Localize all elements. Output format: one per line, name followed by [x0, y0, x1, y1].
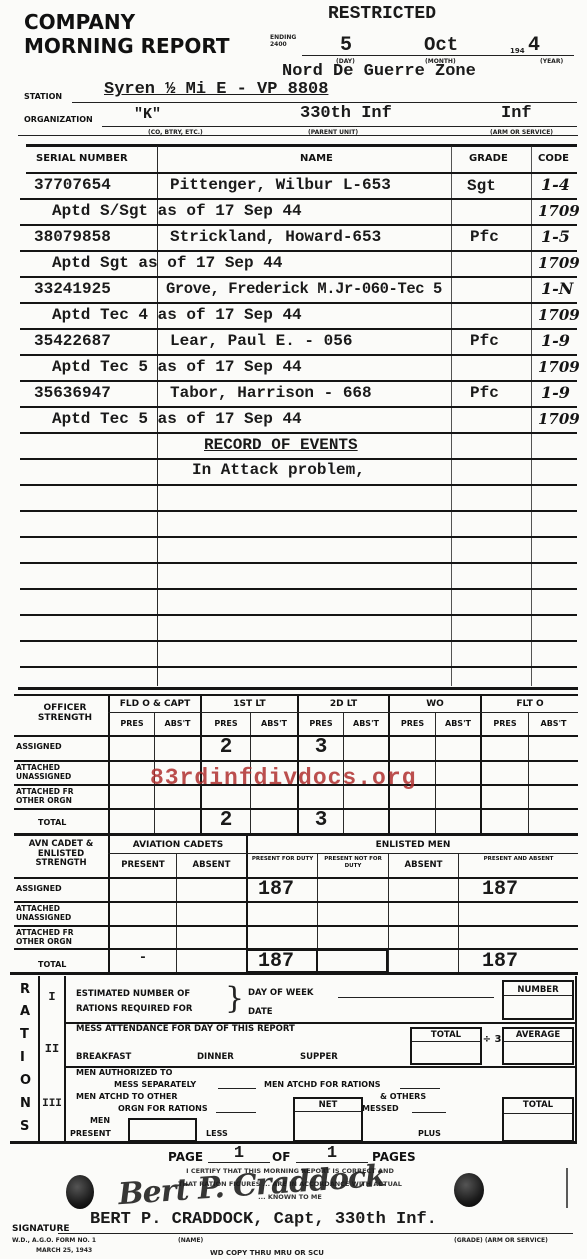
rations-letter: N: [20, 1096, 31, 1111]
rations-letter: A: [20, 1004, 30, 1019]
enlisted-total-present-for-duty: 187: [258, 950, 294, 973]
others-messed-line2: MESSED: [362, 1104, 399, 1113]
men-authorized-line2: MESS SEPARATELY: [114, 1080, 196, 1089]
supper-label: SUPPER: [300, 1052, 338, 1062]
punch-hole-left-icon: [66, 1175, 94, 1209]
row-label-assigned: ASSIGNED: [16, 884, 62, 893]
row-label-attached-fr-other-orgn: ATTACHED FR OTHER ORGN: [16, 928, 96, 946]
less-label: LESS: [206, 1129, 228, 1138]
remark-code: 1709: [538, 254, 580, 272]
serial-number: 35636947: [34, 384, 111, 402]
record-of-events-title: RECORD OF EVENTS: [204, 436, 358, 454]
duty-code: 1-9: [541, 331, 570, 350]
form-number: W.D., A.G.O. FORM NO. 1: [12, 1237, 96, 1244]
col-name: NAME: [300, 153, 333, 164]
subcol-abst: ABS'T: [251, 719, 297, 728]
organization-label: ORGANIZATION: [24, 115, 93, 124]
col-enlisted-absent: ABSENT: [389, 860, 458, 870]
officer-assigned-1st-lt-pres: 2: [202, 736, 250, 759]
day-of-week-label: DAY OF WEEK: [248, 988, 314, 998]
form-title-line2: MORNING REPORT: [24, 34, 229, 58]
remark-code: 1709: [538, 202, 580, 220]
divide-by-three: ÷ 3: [482, 1034, 502, 1045]
soldier-name: Tabor, Harrison - 668: [170, 384, 372, 402]
others-messed-line1: & OTHERS: [380, 1092, 426, 1101]
rations-letter: O: [20, 1073, 31, 1088]
section-i-number: I: [40, 990, 64, 1004]
grade-caption: (GRADE) (ARM OR SERVICE): [454, 1237, 548, 1244]
serial-number: 33241925: [34, 280, 111, 298]
record-of-events-text: In Attack problem,: [192, 461, 365, 479]
date-label: DATE: [248, 1007, 273, 1017]
copy-note: WD COPY THRU MRU OR SCU: [210, 1249, 324, 1257]
col-cadets-absent: ABSENT: [177, 860, 246, 870]
enlisted-strength-title: AVN CADET & ENLISTED STRENGTH: [14, 840, 108, 869]
officer-group-fld-o-capt: FLD O & CAPT: [110, 699, 200, 709]
subcol-abst: ABS'T: [529, 719, 578, 728]
col-cadets-present: PRESENT: [110, 860, 176, 870]
org-arm: Inf: [501, 104, 532, 123]
subcol-pres: PRES: [110, 719, 154, 728]
officer-group-wo: WO: [390, 699, 480, 709]
men-present-line2: PRESENT: [70, 1129, 111, 1138]
subcol-pres: PRES: [299, 719, 343, 728]
enlisted-assigned-present-and-absent: 187: [482, 878, 518, 901]
subcol-pres: PRES: [482, 719, 528, 728]
serial-number: 38079858: [34, 228, 111, 246]
report-day: 5: [340, 34, 352, 57]
rations-letter: S: [20, 1119, 29, 1134]
subcol-pres: PRES: [390, 719, 435, 728]
brace-icon: }: [225, 984, 244, 1014]
year-prefix: 194: [510, 47, 525, 55]
subcol-abst: ABS'T: [436, 719, 480, 728]
enlisted-men-label: ENLISTED MEN: [248, 840, 578, 850]
name-caption: (NAME): [178, 1237, 203, 1244]
aviation-cadets-label: AVIATION CADETS: [110, 840, 246, 850]
men-atchd-other-line1: MEN ATCHD TO OTHER: [76, 1092, 178, 1101]
soldier-grade: Pfc: [470, 332, 499, 350]
col-present-not-for-duty: PRESENT NOT FOR DUTY: [318, 856, 388, 870]
officer-group-1st-lt: 1ST LT: [202, 699, 297, 709]
officer-assigned-2d-lt-pres: 3: [299, 736, 343, 759]
duty-code: 1-9: [541, 383, 570, 402]
remark: Aptd Sgt as of 17 Sep 44: [52, 254, 282, 272]
total-iii-label: TOTAL: [502, 1100, 574, 1110]
total-label: TOTAL: [410, 1030, 482, 1040]
soldier-grade: Pfc: [470, 384, 499, 402]
estimated-rations-label-line1: ESTIMATED NUMBER OF: [76, 989, 190, 999]
remark: Aptd Tec 4 as of 17 Sep 44: [52, 306, 302, 324]
officer-total-1st-lt-pres: 2: [202, 809, 250, 832]
men-present-box[interactable]: [128, 1118, 197, 1142]
section-ii-number: II: [40, 1042, 64, 1056]
col-grade: GRADE: [469, 153, 508, 164]
subcol-abst: ABS'T: [155, 719, 200, 728]
men-atchd-for-rations-label: MEN ATCHD FOR RATIONS: [264, 1080, 381, 1089]
row-label-attached-fr-other-orgn: ATTACHED FR OTHER ORGN: [16, 787, 96, 805]
average-label: AVERAGE: [502, 1030, 574, 1040]
soldier-grade: Pfc: [470, 228, 499, 246]
row-label-assigned: ASSIGNED: [16, 742, 62, 751]
watermark: 83rdinfdivdocs.org: [150, 765, 416, 791]
col-code: CODE: [538, 153, 569, 164]
row-label-total: TOTAL: [38, 818, 66, 827]
ending-label: ENDING 2400: [270, 34, 298, 48]
form-date: MARCH 25, 1943: [36, 1247, 92, 1254]
officer-strength-title: OFFICER STRENGTH: [20, 703, 110, 723]
men-authorized-line1: MEN AUTHORIZED TO: [76, 1068, 172, 1077]
classification-stamp: RESTRICTED: [328, 4, 436, 24]
soldier-name: Pittenger, Wilbur L-653: [170, 176, 391, 194]
page-label: PAGE: [168, 1150, 203, 1164]
dinner-label: DINNER: [197, 1052, 234, 1062]
station-value: Syren ½ Mi E - VP 8808: [104, 80, 328, 99]
estimated-rations-label-line2: RATIONS REQUIRED FOR: [76, 1004, 192, 1014]
subcol-abst: ABS'T: [344, 719, 388, 728]
remark: Aptd Tec 5 as of 17 Sep 44: [52, 358, 302, 376]
report-month: Oct: [424, 34, 458, 56]
men-atchd-other-line2: ORGN FOR RATIONS: [118, 1104, 208, 1113]
rations-letter: R: [20, 982, 30, 997]
signer-typed-name: BERT P. CRADDOCK, Capt, 330th Inf.: [90, 1210, 437, 1229]
station-label: STATION: [24, 92, 62, 101]
col-serial-number: SERIAL NUMBER: [36, 153, 128, 164]
enlisted-total-present-and-absent: 187: [482, 950, 518, 973]
location-line: Nord De Guerre Zone: [282, 62, 476, 81]
row-label-attached-unassigned: ATTACHED UNASSIGNED: [16, 763, 96, 781]
page-number: 1: [208, 1144, 270, 1163]
remark-code: 1709: [538, 306, 580, 324]
rations-letter: T: [20, 1027, 29, 1042]
form-title-line1: COMPANY: [24, 10, 135, 34]
breakfast-label: BREAKFAST: [76, 1052, 131, 1062]
officer-total-2d-lt-pres: 3: [299, 809, 343, 832]
enlisted-assigned-present-for-duty: 187: [258, 878, 294, 901]
mess-attendance-label: MESS ATTENDANCE FOR DAY OF THIS REPORT: [76, 1024, 295, 1034]
row-label-attached-unassigned: ATTACHED UNASSIGNED: [16, 904, 96, 922]
remark: Aptd S/Sgt as of 17 Sep 44: [52, 202, 302, 220]
row-label-total: TOTAL: [38, 960, 66, 969]
plus-label: PLUS: [418, 1129, 441, 1138]
rations-letter: I: [20, 1050, 25, 1065]
remark: Aptd Tec 5 as of 17 Sep 44: [52, 410, 302, 428]
org-company: "K": [134, 106, 161, 123]
officer-group-flt-o: FLT O: [482, 699, 578, 709]
serial-number: 35422687: [34, 332, 111, 350]
men-present-line1: MEN: [72, 1116, 128, 1125]
subcol-pres: PRES: [202, 719, 250, 728]
cadets-total-present: -: [110, 950, 176, 966]
remark-code: 1709: [538, 410, 580, 428]
of-label: OF: [272, 1150, 290, 1164]
soldier-name: Grove, Frederick M.Jr-060-Tec 5: [166, 280, 442, 298]
duty-code: 1-4: [541, 175, 570, 194]
org-parent: 330th Inf: [300, 104, 392, 123]
soldier-name: Lear, Paul E. - 056: [170, 332, 352, 350]
number-label: NUMBER: [502, 985, 574, 995]
col-present-and-absent: PRESENT AND ABSENT: [459, 856, 578, 863]
net-label: NET: [293, 1100, 363, 1110]
col-present-for-duty: PRESENT FOR DUTY: [248, 856, 317, 863]
punch-hole-right-icon: [454, 1173, 484, 1207]
section-iii-number: III: [40, 1098, 64, 1110]
duty-code: 1-N: [541, 279, 573, 298]
soldier-name: Strickland, Howard-653: [170, 228, 381, 246]
officer-group-2d-lt: 2D LT: [299, 699, 388, 709]
serial-number: 37707654: [34, 176, 111, 194]
report-year: 4: [528, 34, 540, 57]
duty-code: 1-5: [541, 227, 570, 246]
year-caption: (YEAR): [540, 58, 563, 65]
remark-code: 1709: [538, 358, 580, 376]
soldier-grade: Sgt: [467, 177, 496, 195]
